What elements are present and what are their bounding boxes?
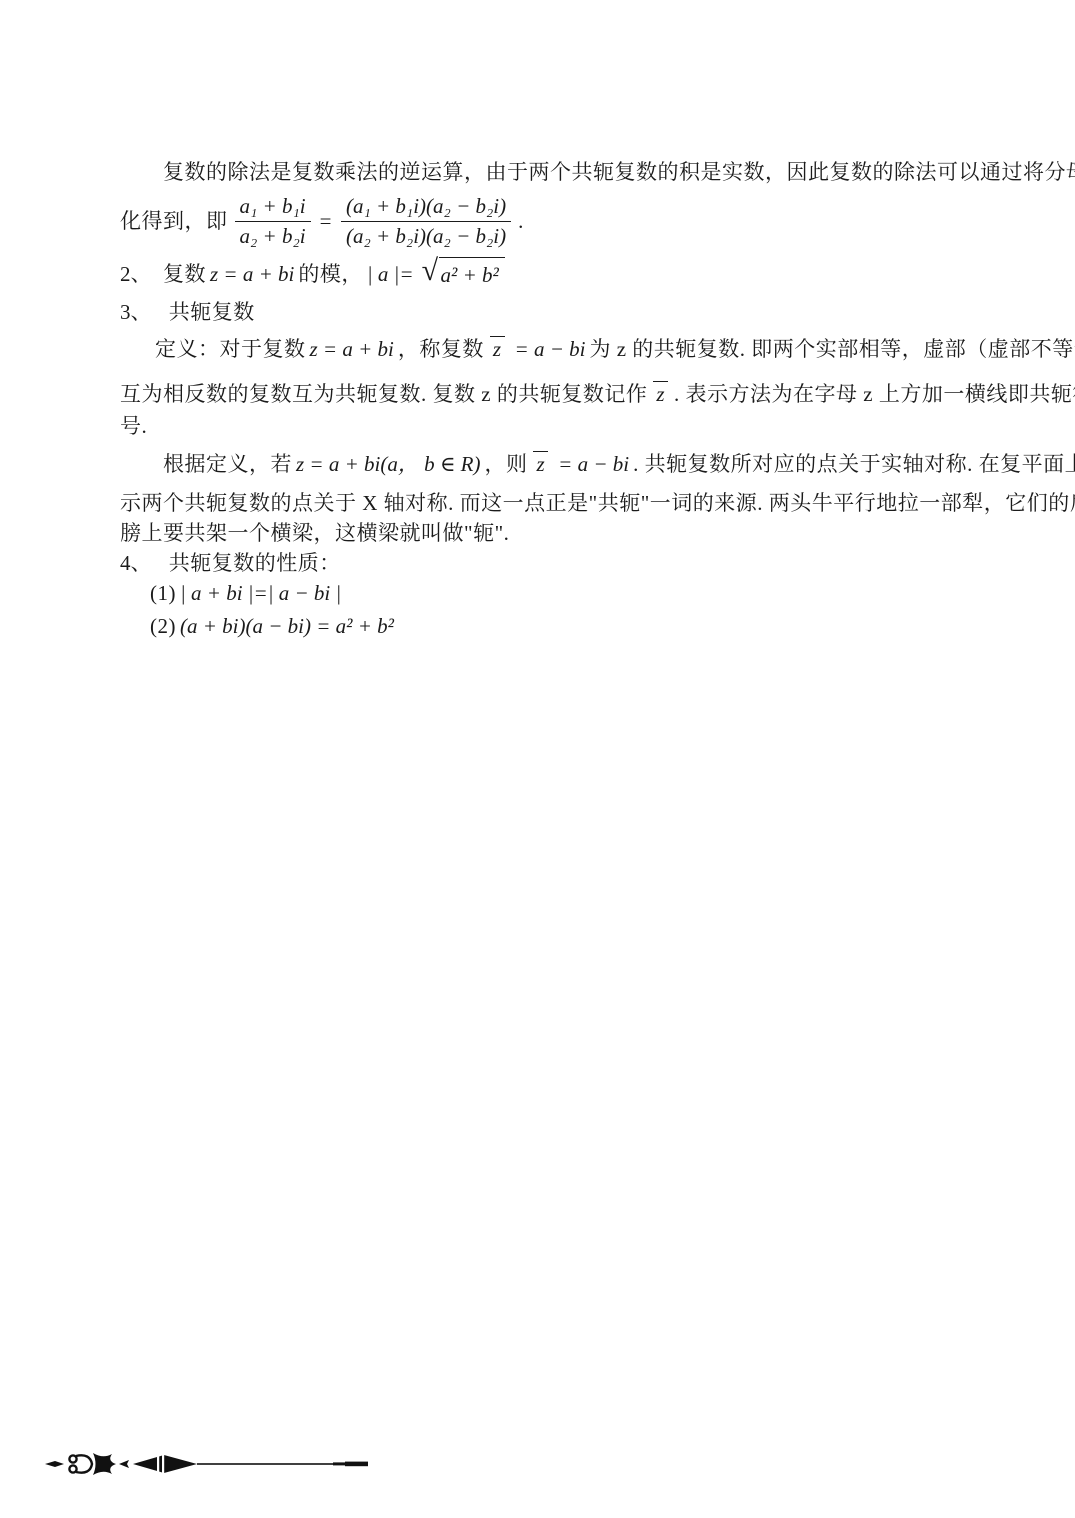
radicand: a² + b²	[439, 257, 505, 290]
paragraph-text: 化得到，即	[120, 206, 228, 236]
item-title: 共轭复数	[169, 300, 255, 324]
fraction-right: (a₁ + b₁i)(a₂ − b₂i) (a₂ + b₂i)(a₂ − b₂i…	[341, 194, 511, 247]
fraction-numerator: a₁ + b₁i	[235, 194, 311, 221]
fraction-denominator: a₂ + b₂i	[235, 222, 311, 248]
square-root-expression: √ a² + b²	[422, 257, 505, 290]
list-item-4-properties-heading: 4、 共轭复数的性质：	[120, 548, 341, 578]
definition-line1: 定义：对于复数 z = a + bi ，称复数 z = a − bi 为 z 的…	[155, 334, 1075, 364]
paragraph-text: . 表示方法为在字母 z 上方加一横线即共轭符	[674, 379, 1075, 409]
property-formula: | a + bi |=| a − bi |	[176, 578, 345, 608]
z-conjugate-symbol: z	[490, 336, 505, 361]
divider-flourish-icon	[45, 1451, 370, 1477]
fraction-numerator: (a₁ + b₁i)(a₂ − b₂i)	[341, 194, 511, 221]
formula-z-eq-a-plus-bi: z = a + bi	[206, 259, 298, 289]
paragraph-text: 膀上要共架一个横梁，这横梁就叫做"轭".	[120, 521, 509, 545]
paragraph-text: 号.	[120, 414, 147, 438]
paragraph-text: 示两个共轭复数的点关于 X 轴对称. 而这一点正是"共轭"一词的来源. 两头牛平…	[120, 491, 1075, 515]
property-label: (2)	[150, 611, 176, 641]
item-number: 2、	[120, 259, 163, 289]
paragraph-text: 定义：对于复数	[155, 334, 306, 364]
origin-paragraph-line3: 膀上要共架一个横梁，这横梁就叫做"轭".	[120, 518, 509, 548]
definition-line3: 号.	[120, 411, 147, 441]
origin-paragraph-line2: 示两个共轭复数的点关于 X 轴对称. 而这一点正是"共轭"一词的来源. 两头牛平…	[120, 488, 1075, 518]
item-number: 4、	[120, 548, 163, 578]
paragraph-text: . 共轭复数所对应的点关于实轴对称. 在复平面上. 表	[633, 449, 1075, 479]
property-2: (2) (a + bi)(a − bi) = a² + b²	[150, 611, 398, 641]
property-label: (1)	[150, 578, 176, 608]
paragraph-text: 互为相反数的复数互为共轭复数. 复数 z 的共轭复数记作	[120, 379, 647, 409]
period: .	[518, 206, 524, 236]
fraction-denominator: (a₂ + b₂i)(a₂ − b₂i)	[341, 222, 511, 248]
formula-eq-a-minus-bi: = a − bi	[511, 334, 590, 364]
property-1: (1) | a + bi |=| a − bi |	[150, 579, 345, 607]
z-conjugate-symbol: z	[653, 381, 668, 406]
list-item-2-modulus: 2、 复数 z = a + bi 的模， | a |= √ a² + b²	[120, 252, 505, 296]
paragraph-text: ，则	[484, 449, 527, 479]
formula-eq-a-minus-bi: = a − bi	[554, 449, 633, 479]
item-text: 复数	[163, 259, 206, 289]
formula-z-eq-a-plus-bi: z = a + bi	[306, 334, 398, 364]
paragraph-text: 根据定义，若	[163, 449, 292, 479]
paragraph-division-line2: 化得到，即 a₁ + b₁i a₂ + b₂i = (a₁ + b₁i)(a₂ …	[120, 190, 524, 252]
radical-sign: √	[422, 256, 439, 286]
property-formula: (a + bi)(a − bi) = a² + b²	[176, 611, 398, 641]
list-item-3-conjugate-heading: 3、 共轭复数	[120, 297, 255, 327]
item-number: 3、	[120, 297, 163, 327]
item-text: 的模，	[298, 259, 363, 289]
paragraph-text: 复数的除法是复数乘法的逆运算，由于两个共轭复数的积是实数，因此复数的除法可以通过…	[163, 160, 1075, 184]
document-page: 复数的除法是复数乘法的逆运算，由于两个共轭复数的积是实数，因此复数的除法可以通过…	[0, 0, 1075, 1518]
fraction-left: a₁ + b₁i a₂ + b₂i	[235, 194, 311, 247]
z-conjugate-symbol: z	[533, 451, 548, 476]
paragraph-division-line1: 复数的除法是复数乘法的逆运算，由于两个共轭复数的积是实数，因此复数的除法可以通过…	[163, 157, 1075, 187]
origin-paragraph-line1: 根据定义，若 z = a + bi(a， b ∈ R) ，则 z = a − b…	[163, 449, 1075, 479]
formula-abs-a: | a |=	[363, 259, 418, 289]
paragraph-text: 为 z 的共轭复数. 即两个实部相等，虚部（虚部不等于 0）	[589, 334, 1075, 364]
footer-ornament	[45, 1451, 370, 1482]
equals-sign: =	[318, 206, 334, 236]
formula-z-definition: z = a + bi(a， b ∈ R)	[292, 449, 484, 479]
paragraph-text: ，称复数	[398, 334, 484, 364]
definition-line2: 互为相反数的复数互为共轭复数. 复数 z 的共轭复数记作 z . 表示方法为在字…	[120, 380, 1075, 408]
item-title: 共轭复数的性质：	[169, 551, 341, 575]
